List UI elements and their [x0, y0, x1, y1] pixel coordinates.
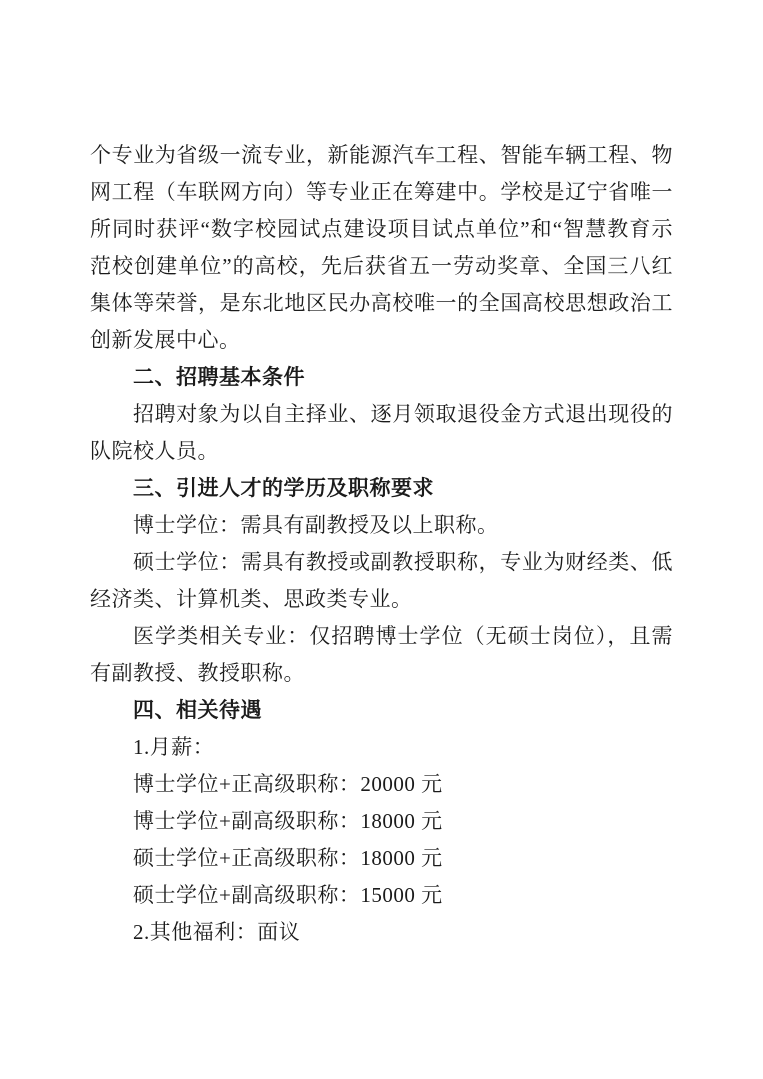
section-heading-recruit-conditions: 二、招聘基本条件 — [90, 359, 673, 396]
document-content: 个专业为省级一流专业，新能源汽车工程、智能车辆工程、物联 网工程（车联网方向）等… — [90, 137, 673, 951]
other-benefits-line: 2.其他福利：面议 — [90, 914, 673, 951]
intro-line: 创新发展中心。 — [90, 322, 673, 359]
qualifications-line: 经济类、计算机类、思政类专业。 — [90, 581, 673, 618]
intro-line: 范校创建单位”的高校，先后获省五一劳动奖章、全国三八红旗 — [90, 248, 673, 285]
salary-label: 1.月薪： — [90, 729, 673, 766]
qualifications-line: 硕士学位：需具有教授或副教授职称，专业为财经类、低空 — [90, 544, 673, 581]
section-heading-qualifications: 三、引进人才的学历及职称要求 — [90, 470, 673, 507]
qualifications-line: 博士学位：需具有副教授及以上职称。 — [90, 507, 673, 544]
qualifications-line: 有副教授、教授职称。 — [90, 655, 673, 692]
recruit-conditions-line: 招聘对象为以自主择业、逐月领取退役金方式退出现役的军 — [90, 396, 673, 433]
salary-line: 博士学位+正高级职称：20000 元 — [90, 766, 673, 803]
intro-line: 网工程（车联网方向）等专业正在筹建中。学校是辽宁省唯一一 — [90, 174, 673, 211]
salary-line: 硕士学位+副高级职称：15000 元 — [90, 877, 673, 914]
intro-line: 所同时获评“数字校园试点建设项目试点单位”和“智慧教育示 — [90, 211, 673, 248]
salary-line: 硕士学位+正高级职称：18000 元 — [90, 840, 673, 877]
intro-line: 集体等荣誉，是东北地区民办高校唯一的全国高校思想政治工作 — [90, 285, 673, 322]
recruit-conditions-line: 队院校人员。 — [90, 433, 673, 470]
qualifications-line: 医学类相关专业：仅招聘博士学位（无硕士岗位），且需具 — [90, 618, 673, 655]
section-heading-benefits: 四、相关待遇 — [90, 692, 673, 729]
document-page: 个专业为省级一流专业，新能源汽车工程、智能车辆工程、物联 网工程（车联网方向）等… — [0, 0, 763, 1079]
salary-line: 博士学位+副高级职称：18000 元 — [90, 803, 673, 840]
intro-line: 个专业为省级一流专业，新能源汽车工程、智能车辆工程、物联 — [90, 137, 673, 174]
